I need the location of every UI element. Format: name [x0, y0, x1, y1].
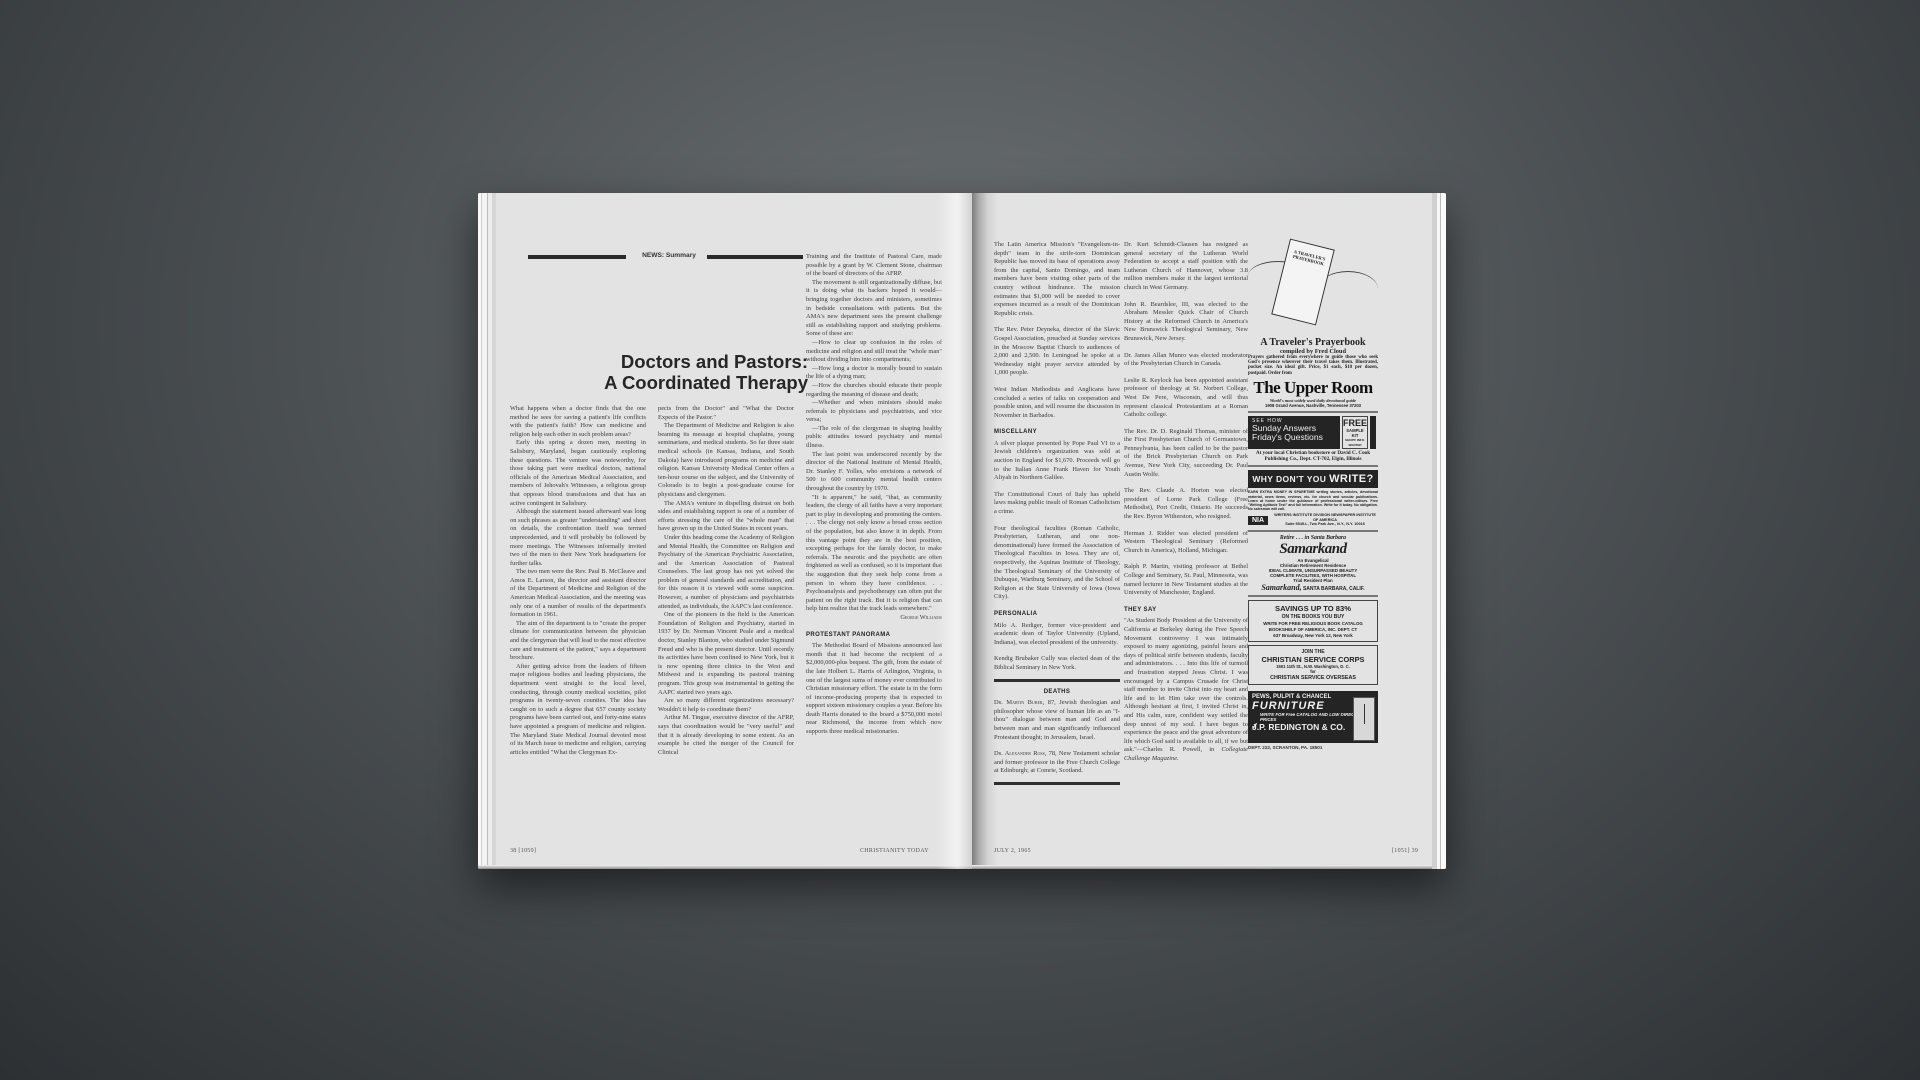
- paragraph: The AMA's venture in dispelling distrust…: [658, 500, 794, 534]
- paragraph: After getting advice from the leaders of…: [510, 663, 646, 758]
- section-heading-protestant-panorama: PROTESTANT PANORAMA: [806, 631, 942, 640]
- ad-organization: WRITERS INSTITUTE DIVISION NEWSPAPER INS…: [1272, 513, 1378, 526]
- paragraph: Are so many different organizations nece…: [658, 697, 794, 714]
- article-byline: George Williams: [806, 614, 942, 623]
- ad-subtitle: compiled by Fred Cloud: [1248, 348, 1378, 355]
- org-address: Suite 5545-L, Two Park Ave., N.Y., N.Y. …: [1272, 522, 1378, 526]
- paragraph: The two men were the Rev. Paul B. McClea…: [510, 568, 646, 620]
- paragraph: The Methodist Board of Missions announce…: [806, 642, 942, 737]
- paragraph: pects from the Doctor" and "What the Doc…: [658, 405, 794, 422]
- news-column-2: Dr. Kurt Schmidt-Clausen has resigned as…: [1124, 241, 1248, 763]
- obituary-item: Dr. Alexander Ross, 78, New Testament sc…: [994, 750, 1120, 776]
- section-heading-they-say: THEY SAY: [1124, 606, 1248, 615]
- ad-tagline: CHRISTIAN SERVICE OVERSEAS: [1251, 675, 1375, 681]
- ad-address: 637 Broadway, New York 12, New York: [1251, 633, 1375, 638]
- section-heading-personalia: PERSONALIA: [994, 610, 1120, 619]
- book-icon: A TRAVELER'S PRAYERBOOK: [1271, 239, 1335, 326]
- free-label: FREE: [1343, 418, 1367, 428]
- ad-redington-furniture: PEWS, PULPIT & CHANCEL FURNITURE ✓ WRITE…: [1248, 688, 1378, 753]
- nia-logo: NIA: [1248, 516, 1268, 525]
- kicker-rule-left: [528, 255, 626, 259]
- paragraph: The movement is still organizationally d…: [806, 279, 942, 339]
- paragraph: Arthur M. Tingue, executive director of …: [658, 714, 794, 757]
- page-number-right: [1051] 39: [1392, 848, 1418, 854]
- paragraph: Under this heading come the Academy of R…: [658, 534, 794, 611]
- page-number-left: 38 [1050]: [510, 848, 536, 854]
- ad-footer: Samarkand, SANTA BARBARA, CALIF.: [1248, 583, 1378, 592]
- section-heading-miscellany: MISCELLANY: [994, 428, 1120, 437]
- news-item: West Indian Methodists and Anglicans hav…: [994, 386, 1120, 420]
- news-item: The Rev. Dr. D. Reginald Thomas, ministe…: [1124, 428, 1248, 480]
- paragraph: Training and the Institute of Pastoral C…: [806, 253, 942, 279]
- paragraph: "It is apparent," he said, "that, as com…: [806, 494, 942, 614]
- magazine-spread: NEWS: Summary Doctors and Pastors: A Coo…: [478, 193, 1446, 869]
- quote-text: "As Student Body President at the Univer…: [1124, 617, 1248, 753]
- ad-headline: SAVINGS UP TO 83%: [1251, 604, 1375, 613]
- paragraph: —The role of the clergyman in shaping he…: [806, 425, 942, 451]
- issue-date: JULY 2, 1965: [994, 848, 1031, 854]
- ad-big: WRITE?: [1329, 473, 1374, 485]
- ad-side-bar: [1370, 416, 1376, 449]
- news-item: Herman J. Ridder was elected president o…: [1124, 530, 1248, 556]
- paragraph: —How to clear up confusion in the roles …: [806, 339, 942, 365]
- obituary-item: Dr. Martin Buber, 87, Jewish theologian …: [994, 699, 1120, 742]
- sample-label: SAMPLE KIT: [1343, 428, 1367, 438]
- paragraph: The last point was underscored recently …: [806, 451, 942, 494]
- paragraph: —Whether and when ministers should make …: [806, 399, 942, 425]
- paragraph: The Department of Medicine and Religion …: [658, 422, 794, 499]
- ad-bookshelf-savings: SAVINGS UP TO 83% ON THE BOOKS YOU BUY W…: [1248, 600, 1378, 642]
- ad-lead: WHY DON'T YOU: [1252, 474, 1326, 484]
- ad-why-dont-you-write: WHY DON'T YOU WRITE? EARN EXTRA MONEY IN…: [1248, 467, 1378, 531]
- article-column-2: pects from the Doctor" and "What the Doc…: [658, 405, 794, 757]
- ad-subheadline: ON THE BOOKS YOU BUY: [1251, 614, 1375, 620]
- section-kicker: NEWS: Summary: [528, 253, 803, 261]
- ad-address: DEPT. 222, SCRANTON, PA. 18501: [1248, 745, 1378, 750]
- ad-company: BOOKSHELF OF AMERICA, INC. DEPT. CT: [1251, 627, 1375, 632]
- news-item: Leslie R. Keylock has been appointed ass…: [1124, 377, 1248, 420]
- headline-line-2: A Coordinated Therapy: [518, 372, 808, 393]
- advertisement-column: A TRAVELER'S PRAYERBOOK A Traveler's Pra…: [1248, 238, 1378, 753]
- magazine-name: CHRISTIANITY TODAY: [860, 848, 929, 854]
- section-heading-deaths: DEATHS: [994, 688, 1120, 697]
- ad-headline: CHRISTIAN SERVICE CORPS: [1251, 655, 1375, 664]
- quote: "As Student Body President at the Univer…: [1124, 617, 1248, 763]
- news-item: A silver plaque presented by Pope Paul V…: [994, 440, 1120, 483]
- news-item: The Rev. Peter Deyneka, director of the …: [994, 326, 1120, 378]
- article-headline: Doctors and Pastors: A Coordinated Thera…: [518, 351, 808, 393]
- ad-christian-service-corps: JOIN THE CHRISTIAN SERVICE CORPS 1501 11…: [1248, 645, 1378, 685]
- news-item: The Constitutional Court of Italy has up…: [994, 491, 1120, 517]
- ad-travelers-prayerbook: A TRAVELER'S PRAYERBOOK A Traveler's Pra…: [1248, 238, 1378, 413]
- news-item: Milo A. Rediger, former vice-president a…: [994, 622, 1120, 648]
- news-item: The Rev. Claude A. Horton was elected pr…: [1124, 487, 1248, 521]
- deaths-rule-top: [994, 679, 1120, 682]
- ad-body: EARN EXTRA MONEY IN SPARETIME writing st…: [1248, 490, 1378, 511]
- news-item: Dr. James Allan Munro was elected modera…: [1124, 352, 1248, 369]
- ad-address: 1908 Grand Avenue, Nashville, Tennessee …: [1248, 403, 1378, 408]
- obituary-name: Dr. Martin Buber: [994, 699, 1043, 706]
- checkmark-icon: ✓: [1251, 721, 1259, 732]
- org-name: WRITERS INSTITUTE DIVISION NEWSPAPER INS…: [1272, 513, 1378, 522]
- ad-body: Prayers gathered from everywhere to guid…: [1248, 355, 1378, 376]
- ad-sunday-answers: SEE HOW Sunday Answers Friday's Question…: [1248, 413, 1378, 468]
- paragraph: What happens when a doctor finds that th…: [510, 405, 646, 439]
- right-page: The Latin America Mission's "Evangelism-…: [972, 193, 1446, 869]
- free-sample-box: FREE SAMPLE KIT SHOPP. INFO. WANTED: [1342, 416, 1368, 449]
- paragraph: —How long a doctor is morally bound to s…: [806, 365, 942, 382]
- ad-line: WRITE FOR FREE RELIGIOUS BOOK CATALOG: [1251, 621, 1375, 626]
- ad-headline-2: Friday's Questions: [1252, 433, 1336, 443]
- upper-room-logo: The Upper Room: [1248, 378, 1378, 398]
- samarkand-logo: Samarkand: [1248, 541, 1378, 558]
- article-column-3: Training and the Institute of Pastoral C…: [806, 253, 942, 737]
- ad-banner: WHY DON'T YOU WRITE?: [1248, 470, 1378, 488]
- paragraph: Although the statement issued afterward …: [510, 508, 646, 568]
- ad-line: for: [1251, 669, 1375, 674]
- page-edge: [478, 865, 972, 869]
- headline-line-1: Doctors and Pastors:: [518, 351, 808, 372]
- news-item: John R. Beardslee, III, was elected to t…: [1124, 301, 1248, 344]
- page-edge: [972, 865, 1446, 869]
- kicker-rule-right: [707, 255, 803, 259]
- news-item: Four theological faculties (Roman Cathol…: [994, 525, 1120, 602]
- left-page: NEWS: Summary Doctors and Pastors: A Coo…: [478, 193, 972, 869]
- ad-footer: At your local Christian bookstore or Dav…: [1248, 451, 1378, 463]
- obituary-name: Dr. Alexander Ross: [994, 750, 1045, 757]
- kicker-label: NEWS: Summary: [632, 252, 706, 259]
- ad-banner: SEE HOW Sunday Answers Friday's Question…: [1248, 416, 1340, 449]
- paragraph: Early this spring a dozen men, meeting i…: [510, 439, 646, 508]
- news-item: Dr. Kurt Schmidt-Clausen has resigned as…: [1124, 241, 1248, 293]
- ad-samarkand: Retire . . . in Santa Barbara Samarkand …: [1248, 532, 1378, 597]
- news-item: Kendig Brubaker Cully was elected dean o…: [994, 655, 1120, 672]
- news-column-1: The Latin America Mission's "Evangelism-…: [994, 241, 1120, 791]
- article-column-1: What happens when a doctor finds that th…: [510, 405, 646, 757]
- door-icon: [1353, 697, 1375, 741]
- samarkand-signature: Samarkand,: [1261, 583, 1301, 592]
- paragraph: The aim of the department is to "create …: [510, 620, 646, 663]
- note-label: SHOPP. INFO. WANTED: [1343, 438, 1367, 448]
- paragraph: —How the churches should educate their p…: [806, 382, 942, 399]
- prayerbook-illustration: A TRAVELER'S PRAYERBOOK: [1248, 241, 1378, 337]
- ad-title: A Traveler's Prayerbook: [1248, 337, 1378, 348]
- ad-place: SANTA BARBARA, CALIF.: [1303, 586, 1365, 592]
- news-item: Ralph P. Martin, visiting professor at B…: [1124, 563, 1248, 597]
- news-item: The Latin America Mission's "Evangelism-…: [994, 241, 1120, 318]
- paragraph: One of the pioneers in the field is the …: [658, 611, 794, 697]
- deaths-rule-bottom: [994, 782, 1120, 785]
